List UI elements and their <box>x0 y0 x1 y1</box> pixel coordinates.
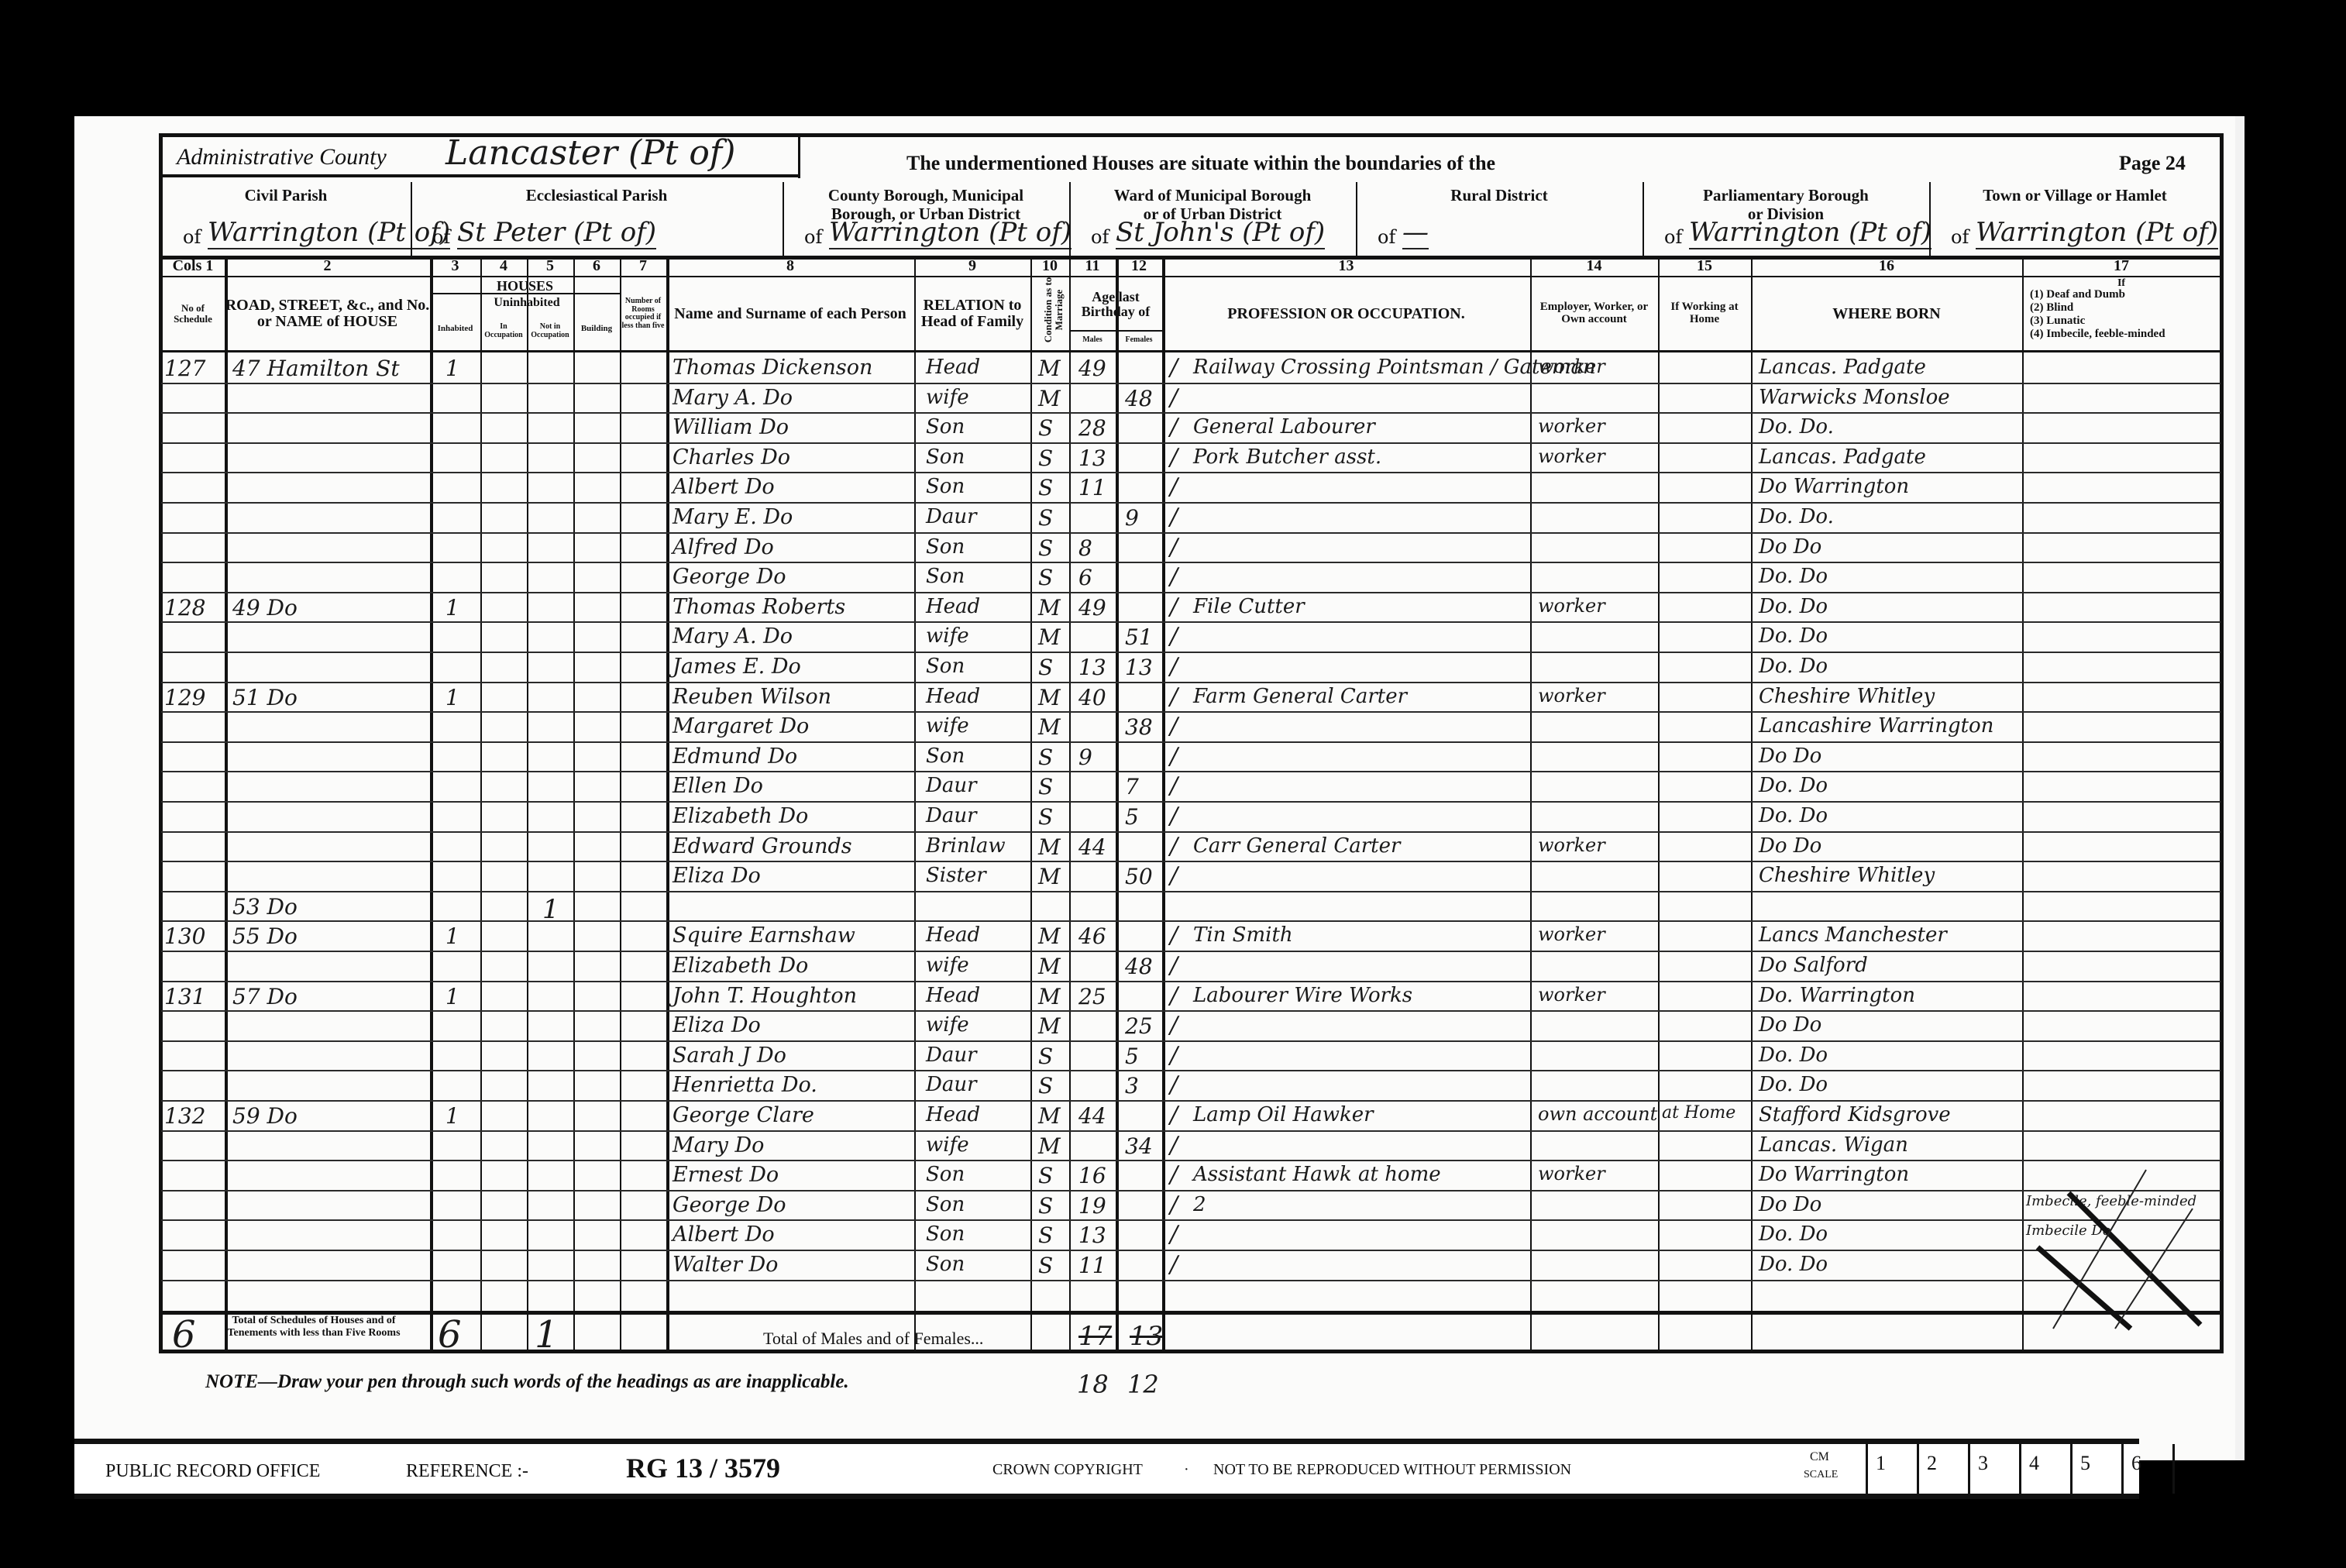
schedule-number: 127 <box>164 356 205 381</box>
birthplace: Do. Do <box>1759 1044 1828 1067</box>
divider <box>430 293 620 294</box>
table-row: 12849 Do1Thomas RobertsHeadM49File Cutte… <box>0 593 2346 624</box>
form-title: The undermentioned Houses are situate wi… <box>906 152 1495 175</box>
marital-condition: M <box>1038 1013 1061 1039</box>
marital-condition: S <box>1038 535 1053 561</box>
person-name: Charles Do <box>672 445 790 469</box>
female-age: 50 <box>1125 864 1153 889</box>
female-age: 51 <box>1125 624 1153 650</box>
occupation: Pork Butcher asst. <box>1193 445 1381 469</box>
relation-to-head: wife <box>926 954 969 977</box>
heading-inhabited: Inhabited <box>430 310 480 349</box>
checkmark-tick: / <box>1170 414 1178 441</box>
checkmark-tick: / <box>1170 354 1178 381</box>
column-number: 4 <box>480 257 527 275</box>
person-name: Walter Do <box>672 1253 778 1277</box>
house-address: 59 Do <box>232 1103 298 1129</box>
person-name: Albert Do <box>672 1222 775 1246</box>
relation-to-head: Head <box>926 685 980 708</box>
parish-label-line1: County Borough, Municipal <box>783 186 1069 205</box>
birthplace: Do. Do. <box>1759 505 1834 528</box>
of-label: of <box>1951 226 1969 248</box>
employment-status: worker <box>1538 834 1605 856</box>
house-address: 49 Do <box>232 595 298 621</box>
schedule-number: 130 <box>164 923 205 949</box>
heading-houses: HOUSES <box>430 277 620 294</box>
relation-to-head: Son <box>926 655 965 678</box>
table-row: 53 Do1 <box>0 892 2346 923</box>
marital-condition: M <box>1038 1103 1061 1129</box>
table-row: 13055 Do1Squire EarnshawHeadM46Tin Smith… <box>0 922 2346 952</box>
table-row: Edward GroundsBrinlawM44Carr General Car… <box>0 833 2346 863</box>
female-age: 5 <box>1125 1044 1139 1069</box>
occupation: Lamp Oil Hawker <box>1193 1103 1374 1126</box>
person-name: Thomas Dickenson <box>672 356 872 380</box>
checkmark-tick: / <box>1170 713 1178 740</box>
total-uninhabited: 1 <box>535 1313 559 1357</box>
marital-condition: S <box>1038 1044 1053 1069</box>
heading-infirmity-item: (1) Deaf and Dumb <box>2030 288 2125 301</box>
marital-condition: M <box>1038 954 1061 979</box>
occupation: 2 <box>1193 1193 1206 1216</box>
birthplace: Do Warrington <box>1759 475 1909 498</box>
birthplace: Lancas. Wigan <box>1759 1133 1908 1157</box>
employment-status: worker <box>1538 595 1605 617</box>
checkmark-tick: / <box>1170 1161 1178 1188</box>
marital-condition: M <box>1038 923 1061 949</box>
schedule-number: 128 <box>164 595 205 621</box>
occupation: Carr General Carter <box>1193 834 1400 858</box>
column-number: 17 <box>2022 257 2220 275</box>
footer-reference: RG 13 / 3579 <box>626 1452 780 1484</box>
scale-tick: 3 <box>1968 1444 2019 1494</box>
birthplace: Do. Do <box>1759 1222 1828 1246</box>
marital-condition: M <box>1038 595 1061 621</box>
total-males: 17 <box>1078 1321 1112 1352</box>
person-name: Eliza Do <box>672 1013 761 1037</box>
person-name: Margaret Do <box>672 714 809 738</box>
checkmark-tick: / <box>1170 623 1178 650</box>
birthplace: Lancashire Warrington <box>1759 714 1993 738</box>
house-address: 47 Hamilton St <box>232 356 400 381</box>
table-row: Henrietta Do.DaurS3Do. Do/ <box>0 1071 2346 1102</box>
relation-to-head: Head <box>926 595 980 618</box>
employment-status: worker <box>1538 1163 1605 1185</box>
table-row: Ellen DoDaurS7Do. Do/ <box>0 772 2346 803</box>
table-row: Mary A. DowifeM51Do. Do/ <box>0 623 2346 653</box>
person-name: Henrietta Do. <box>672 1073 817 1097</box>
heading-name: Name and Surname of each Person <box>666 279 914 349</box>
female-age: 13 <box>1125 655 1153 680</box>
parish-label-line1: Parliamentary Borough <box>1643 186 1929 205</box>
marital-condition: S <box>1038 505 1053 531</box>
divider <box>798 133 800 178</box>
relation-to-head: Head <box>926 1103 980 1126</box>
employment-status: own account <box>1538 1103 1657 1125</box>
relation-to-head: Brinlaw <box>926 834 1006 858</box>
divider <box>161 1311 2220 1315</box>
parish-value: — <box>1402 217 1429 249</box>
schedule-number: 129 <box>164 685 205 710</box>
table-row: Margaret DowifeM38Lancashire Warrington/ <box>0 713 2346 743</box>
inhabited-count: 1 <box>445 685 459 710</box>
person-name: Elizabeth Do <box>672 954 808 978</box>
marital-condition: M <box>1038 1133 1061 1159</box>
relation-to-head: Son <box>926 535 965 559</box>
table-row: George DoSonS192Do DoImbecile, feeble-mi… <box>0 1191 2346 1222</box>
table-row: James E. DoSonS1313Do. Do/ <box>0 653 2346 683</box>
crossout-strokes <box>2022 1162 2224 1332</box>
birthplace: Do. Do <box>1759 804 1828 827</box>
marital-condition: M <box>1038 714 1061 740</box>
male-age: 13 <box>1078 445 1106 471</box>
birthplace: Do Do <box>1759 744 1821 768</box>
male-age: 46 <box>1078 923 1106 949</box>
column-number: 15 <box>1658 257 1751 275</box>
of-label: of <box>1378 226 1395 248</box>
scale-tick: 2 <box>1917 1444 1968 1494</box>
person-name: John T. Houghton <box>672 984 857 1008</box>
table-row: Eliza DowifeM25Do Do/ <box>0 1012 2346 1042</box>
birthplace: Lancs Manchester <box>1759 923 1947 947</box>
person-name: Ernest Do <box>672 1163 779 1187</box>
heading-in-occupation: In Occupation <box>480 314 527 349</box>
checkmark-tick: / <box>1170 384 1178 411</box>
marital-condition: S <box>1038 655 1053 680</box>
person-name: Ellen Do <box>672 774 763 798</box>
column-number: 11 <box>1069 257 1116 275</box>
birthplace: Do. Do. <box>1759 415 1834 438</box>
parish-value: St John's (Pt of) <box>1116 217 1325 249</box>
scale-tick: 1 <box>1866 1444 1917 1494</box>
relation-to-head: Daur <box>926 804 977 827</box>
total-males-corrected: 18 <box>1077 1370 1109 1399</box>
occupation: Tin Smith <box>1193 923 1293 947</box>
male-age: 49 <box>1078 595 1106 621</box>
person-name: Mary Do <box>672 1133 764 1157</box>
admin-county-value: Lancaster (Pt of) <box>445 133 735 173</box>
checkmark-tick: / <box>1170 653 1178 680</box>
relation-to-head: wife <box>926 624 969 648</box>
female-age: 7 <box>1125 774 1139 799</box>
checkmark-tick: / <box>1170 833 1178 860</box>
female-age: 48 <box>1125 954 1153 979</box>
divider <box>161 174 800 177</box>
birthplace: Do. Do <box>1759 624 1828 648</box>
parish-value: Warrington (Pt of) <box>829 217 1072 249</box>
total-schedules: 6 <box>172 1313 196 1357</box>
parish-label: Town or Village or Hamlet <box>1929 186 2220 205</box>
person-name: Edmund Do <box>672 744 797 769</box>
of-label: of <box>432 226 450 248</box>
checkmark-tick: / <box>1170 1012 1178 1039</box>
total-inhabited: 6 <box>438 1313 462 1357</box>
total-females-corrected: 12 <box>1127 1370 1159 1399</box>
relation-to-head: Sister <box>926 864 986 887</box>
table-row: 12951 Do1Reuben WilsonHeadM40Farm Genera… <box>0 683 2346 714</box>
male-age: 25 <box>1078 984 1106 1009</box>
heading-rooms: Number of Rooms occupied if less than fi… <box>620 279 666 349</box>
heading-condition: Condition as to Marriage <box>1038 275 1069 345</box>
column-number: Cols 1 <box>161 257 225 275</box>
marital-condition: S <box>1038 1253 1053 1278</box>
parish-label-line1: Ward of Municipal Borough <box>1069 186 1356 205</box>
checkmark-tick: / <box>1170 803 1178 830</box>
birthplace: Do Do <box>1759 535 1821 559</box>
column-number: 8 <box>666 257 914 275</box>
heading-relation: RELATION to Head of Family <box>914 279 1030 349</box>
table-row: 12747 Hamilton St1Thomas DickensonHeadM4… <box>0 354 2346 384</box>
table-row: Mary DowifeM34Lancas. Wigan/ <box>0 1132 2346 1162</box>
female-age: 9 <box>1125 505 1139 531</box>
checkmark-tick: / <box>1170 1071 1178 1099</box>
relation-to-head: Son <box>926 1163 965 1186</box>
heading-where-born: WHERE BORN <box>1751 279 2022 349</box>
inhabited-count: 1 <box>445 356 459 381</box>
marital-condition: M <box>1038 356 1061 381</box>
relation-to-head: wife <box>926 714 969 738</box>
table-row: George DoSonS6Do. Do/ <box>0 563 2346 593</box>
female-age: 5 <box>1125 804 1139 830</box>
person-name: James E. Do <box>672 655 801 679</box>
marital-condition: S <box>1038 774 1053 799</box>
female-age: 25 <box>1125 1013 1153 1039</box>
heading-schedule: No of Schedule <box>161 279 225 349</box>
footer-reference-label: REFERENCE :- <box>406 1461 528 1482</box>
male-age: 9 <box>1078 744 1092 770</box>
male-age: 13 <box>1078 1222 1106 1248</box>
person-name: George Do <box>672 1193 786 1217</box>
marital-condition: S <box>1038 744 1053 770</box>
checkmark-tick: / <box>1170 534 1178 561</box>
inhabited-count: 1 <box>445 1103 459 1129</box>
table-row: Walter DoSonS11Do. Do/ <box>0 1251 2346 1281</box>
row-divider <box>161 1280 2220 1281</box>
person-name: Edward Grounds <box>672 834 852 858</box>
house-address: 57 Do <box>232 984 298 1009</box>
male-age: 44 <box>1078 1103 1106 1129</box>
birthplace: Do Warrington <box>1759 1163 1909 1186</box>
employment-status: worker <box>1538 415 1605 437</box>
male-age: 6 <box>1078 565 1092 590</box>
inhabited-count: 1 <box>445 984 459 1009</box>
table-row: Mary A. DowifeM48Warwicks Monsloe/ <box>0 384 2346 414</box>
heading-infirmity-item: (2) Blind <box>2030 301 2073 315</box>
marital-condition: M <box>1038 386 1061 411</box>
parish-label: Ecclesiastical Parish <box>411 186 783 205</box>
heading-employment: Employer, Worker, or Own account <box>1530 279 1658 349</box>
checkmark-tick: / <box>1170 563 1178 590</box>
heading-address: ROAD, STREET, &c., and No. or NAME of HO… <box>225 279 430 349</box>
table-row: Mary E. DoDaurS9Do. Do./ <box>0 504 2346 534</box>
checkmark-tick: / <box>1170 1102 1178 1129</box>
birthplace: Do. Do <box>1759 655 1828 678</box>
parish-label: Civil Parish <box>161 186 411 205</box>
checkmark-tick: / <box>1170 683 1178 710</box>
table-row: 13259 Do1George ClareHeadM44Lamp Oil Haw… <box>0 1102 2346 1132</box>
checkmark-tick: / <box>1170 952 1178 979</box>
form-note: NOTE—Draw your pen through such words of… <box>205 1371 849 1393</box>
table-row: Albert DoSonS13Do. DoImbecile Do/ <box>0 1221 2346 1251</box>
marital-condition: S <box>1038 1073 1053 1099</box>
relation-to-head: Son <box>926 1193 965 1216</box>
person-name: George Do <box>672 565 786 589</box>
scale-label-scale: SCALE <box>1804 1469 1838 1481</box>
relation-to-head: Son <box>926 475 965 498</box>
working-at-home: at Home <box>1662 1103 1735 1123</box>
footer-office: PUBLIC RECORD OFFICE <box>105 1461 320 1482</box>
table-row: Sarah J DoDaurS5Do. Do/ <box>0 1042 2346 1072</box>
birthplace: Do. Do <box>1759 565 1828 588</box>
column-number: 5 <box>527 257 573 275</box>
female-age: 48 <box>1125 386 1153 411</box>
marital-condition: S <box>1038 1163 1053 1188</box>
male-age: 28 <box>1078 415 1106 441</box>
checkmark-tick: / <box>1170 473 1178 500</box>
table-row: Albert DoSonS11Do Warrington/ <box>0 473 2346 504</box>
column-number: 16 <box>1751 257 2022 275</box>
checkmark-tick: / <box>1170 743 1178 770</box>
male-age: 16 <box>1078 1163 1106 1188</box>
heading-building: Building <box>573 310 620 349</box>
marital-condition: M <box>1038 624 1061 650</box>
table-row: William DoSonS28General LabourerworkerDo… <box>0 414 2346 444</box>
relation-to-head: Son <box>926 1253 965 1276</box>
table-row: Elizabeth DoDaurS5Do. Do/ <box>0 803 2346 833</box>
marital-condition: S <box>1038 415 1053 441</box>
occupation: Assistant Hawk at home <box>1193 1163 1441 1186</box>
birthplace: Do Do <box>1759 1193 1821 1216</box>
birthplace: Lancas. Padgate <box>1759 356 1926 379</box>
occupation: Railway Crossing Pointsman / Gateman <box>1193 356 1596 379</box>
relation-to-head: Son <box>926 565 965 588</box>
footer-permission: NOT TO BE REPRODUCED WITHOUT PERMISSION <box>1213 1461 1571 1479</box>
birthplace: Do Do <box>1759 834 1821 858</box>
inhabited-count: 1 <box>445 595 459 621</box>
admin-county-label: Administrative County <box>177 144 387 170</box>
male-age: 49 <box>1078 356 1106 381</box>
male-age: 40 <box>1078 685 1106 710</box>
birthplace: Cheshire Whitley <box>1759 685 1935 708</box>
person-name: Thomas Roberts <box>672 595 845 619</box>
birthplace: Do. Do <box>1759 1253 1828 1276</box>
house-address: 53 Do <box>232 894 298 920</box>
divider <box>161 350 2220 352</box>
table-row: 13157 Do1John T. HoughtonHeadM25Labourer… <box>0 982 2346 1013</box>
marital-condition: S <box>1038 1193 1053 1219</box>
table-row: Eliza DoSisterM50Cheshire Whitley/ <box>0 862 2346 892</box>
relation-to-head: Son <box>926 445 965 469</box>
male-age: 19 <box>1078 1193 1106 1219</box>
archive-footer: PUBLIC RECORD OFFICE REFERENCE :- RG 13 … <box>74 1439 2139 1499</box>
person-name: Mary E. Do <box>672 505 793 529</box>
employment-status: worker <box>1538 685 1605 707</box>
birthplace: Do Do <box>1759 1013 1821 1037</box>
column-number: 12 <box>1116 257 1162 275</box>
checkmark-tick: / <box>1170 772 1178 799</box>
parish-value: Warrington (Pt of) <box>1689 217 1931 249</box>
table-row: Edmund DoSonS9Do Do/ <box>0 743 2346 773</box>
footer-separator: · <box>1184 1461 1189 1479</box>
heading-infirmity-item: (4) Imbecile, feeble-minded <box>2030 328 2165 341</box>
schedule-number: 131 <box>164 984 205 1009</box>
male-age: 13 <box>1078 655 1106 680</box>
male-age: 11 <box>1078 1253 1106 1278</box>
marital-condition: S <box>1038 565 1053 590</box>
house-address: 51 Do <box>232 685 298 710</box>
house-address: 55 Do <box>232 923 298 949</box>
birthplace: Lancas. Padgate <box>1759 445 1926 469</box>
checkmark-tick: / <box>1170 504 1178 531</box>
relation-to-head: wife <box>926 1013 969 1037</box>
checkmark-tick: / <box>1170 593 1178 621</box>
employment-status: worker <box>1538 923 1605 945</box>
scale-tick: 5 <box>2070 1444 2121 1494</box>
relation-to-head: Daur <box>926 1073 977 1096</box>
birthplace: Cheshire Whitley <box>1759 864 1935 887</box>
of-label: of <box>1664 226 1682 248</box>
parish-value: Warrington (Pt of) <box>1976 217 2218 249</box>
male-age: 44 <box>1078 834 1106 860</box>
female-age: 34 <box>1125 1133 1153 1159</box>
person-name: Sarah J Do <box>672 1044 786 1068</box>
relation-to-head: wife <box>926 1133 969 1157</box>
checkmark-tick: / <box>1170 1221 1178 1248</box>
checkmark-tick: / <box>1170 1191 1178 1219</box>
birthplace: Stafford Kidsgrove <box>1759 1103 1951 1126</box>
person-name: Reuben Wilson <box>672 685 831 709</box>
male-age: 8 <box>1078 535 1092 561</box>
person-name: Albert Do <box>672 475 775 499</box>
birthplace: Do. Do <box>1759 595 1828 618</box>
column-number: 10 <box>1030 257 1069 275</box>
employment-status: worker <box>1538 445 1605 467</box>
checkmark-tick: / <box>1170 1132 1178 1159</box>
birthplace: Do. Do <box>1759 774 1828 797</box>
occupation: File Cutter <box>1193 595 1305 618</box>
marital-condition: M <box>1038 864 1061 889</box>
table-row: Charles DoSonS13Pork Butcher asst.worker… <box>0 444 2346 474</box>
person-name: Eliza Do <box>672 864 761 888</box>
checkmark-tick: / <box>1170 982 1178 1009</box>
of-label: of <box>1091 226 1109 248</box>
inhabited-count: 1 <box>445 923 459 949</box>
marital-condition: S <box>1038 804 1053 830</box>
birthplace: Warwicks Monsloe <box>1759 386 1950 409</box>
checkmark-tick: / <box>1170 862 1178 889</box>
checkmark-tick: / <box>1170 444 1178 471</box>
relation-to-head: Head <box>926 923 980 947</box>
column-number: 13 <box>1162 257 1530 275</box>
relation-to-head: Daur <box>926 1044 977 1067</box>
column-number: 14 <box>1530 257 1658 275</box>
parish-value: St Peter (Pt of) <box>457 217 656 249</box>
checkmark-tick: / <box>1170 922 1178 949</box>
person-name: Elizabeth Do <box>672 804 808 828</box>
marital-condition: M <box>1038 984 1061 1009</box>
of-label: of <box>183 226 201 248</box>
heading-occupation: PROFESSION OR OCCUPATION. <box>1162 279 1530 349</box>
heading-females: Females <box>1116 332 1162 349</box>
marital-condition: S <box>1038 1222 1053 1248</box>
marital-condition: M <box>1038 685 1061 710</box>
female-age: 3 <box>1125 1073 1139 1099</box>
column-number: 3 <box>430 257 480 275</box>
table-row: Alfred DoSonS8Do Do/ <box>0 534 2346 564</box>
checkmark-tick: / <box>1170 1042 1178 1069</box>
employment-status: worker <box>1538 356 1605 377</box>
total-schedules-label: Total of Schedules of Houses and of Tene… <box>225 1315 403 1339</box>
